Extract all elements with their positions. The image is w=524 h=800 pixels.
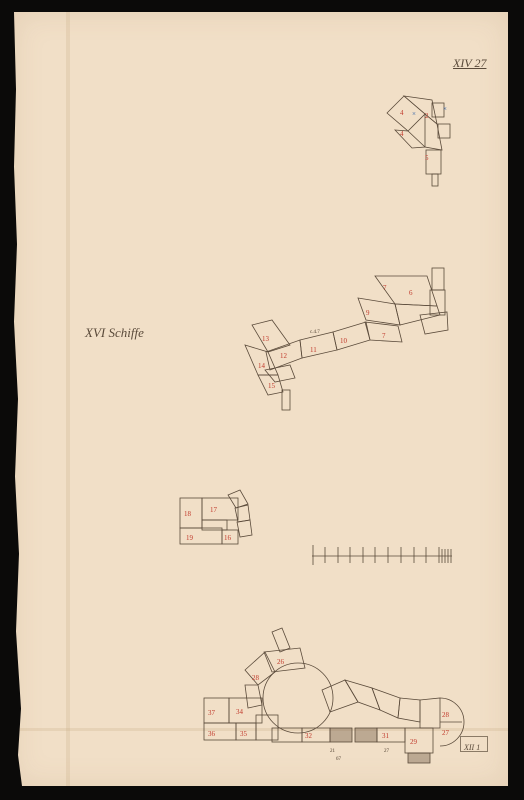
svg-text:17: 17 [210, 506, 218, 514]
scale-bar [312, 545, 452, 565]
drawing-layer: 4 2 4 5 × × 7 6 9 7 10 11 13 12 14 15 c.… [0, 0, 524, 800]
svg-text:4: 4 [400, 109, 404, 117]
svg-text:28: 28 [442, 711, 450, 719]
svg-text:13: 13 [262, 335, 270, 343]
svg-text:27: 27 [442, 729, 450, 737]
svg-text:28: 28 [252, 674, 260, 682]
svg-text:15: 15 [268, 382, 276, 390]
svg-text:×: × [412, 110, 416, 118]
svg-text:7: 7 [383, 284, 387, 292]
svg-text:7: 7 [382, 332, 386, 340]
svg-text:31: 31 [382, 732, 390, 740]
svg-text:19: 19 [186, 534, 194, 542]
plan-group-bottom: 26 28 37 34 36 35 32 31 29 28 27 21 67 2… [204, 628, 464, 763]
svg-text:9: 9 [366, 309, 370, 317]
svg-text:11: 11 [310, 346, 317, 354]
svg-text:10: 10 [340, 337, 348, 345]
svg-text:c.4.7: c.4.7 [310, 330, 320, 335]
svg-text:32: 32 [305, 732, 313, 740]
svg-text:4: 4 [400, 130, 404, 138]
svg-text:36: 36 [208, 730, 216, 738]
svg-text:35: 35 [240, 730, 248, 738]
svg-text:×: × [443, 105, 447, 113]
svg-text:27: 27 [384, 749, 390, 754]
svg-text:16: 16 [224, 534, 232, 542]
svg-text:12: 12 [280, 352, 288, 360]
svg-text:37: 37 [208, 709, 216, 717]
svg-text:67: 67 [336, 757, 342, 762]
svg-text:26: 26 [277, 658, 285, 666]
plan-group-middle: 7 6 9 7 10 11 13 12 14 15 c.4.7 [245, 268, 448, 410]
svg-text:29: 29 [410, 738, 418, 746]
svg-text:18: 18 [184, 510, 192, 518]
svg-text:21: 21 [330, 749, 336, 754]
svg-text:5: 5 [425, 154, 429, 162]
svg-text:2: 2 [425, 112, 429, 120]
plan-group-small: 18 17 19 16 [180, 490, 252, 544]
svg-text:34: 34 [236, 708, 244, 716]
svg-text:6: 6 [409, 289, 413, 297]
plan-group-top-right: 4 2 4 5 × × [387, 96, 450, 186]
svg-text:14: 14 [258, 362, 266, 370]
